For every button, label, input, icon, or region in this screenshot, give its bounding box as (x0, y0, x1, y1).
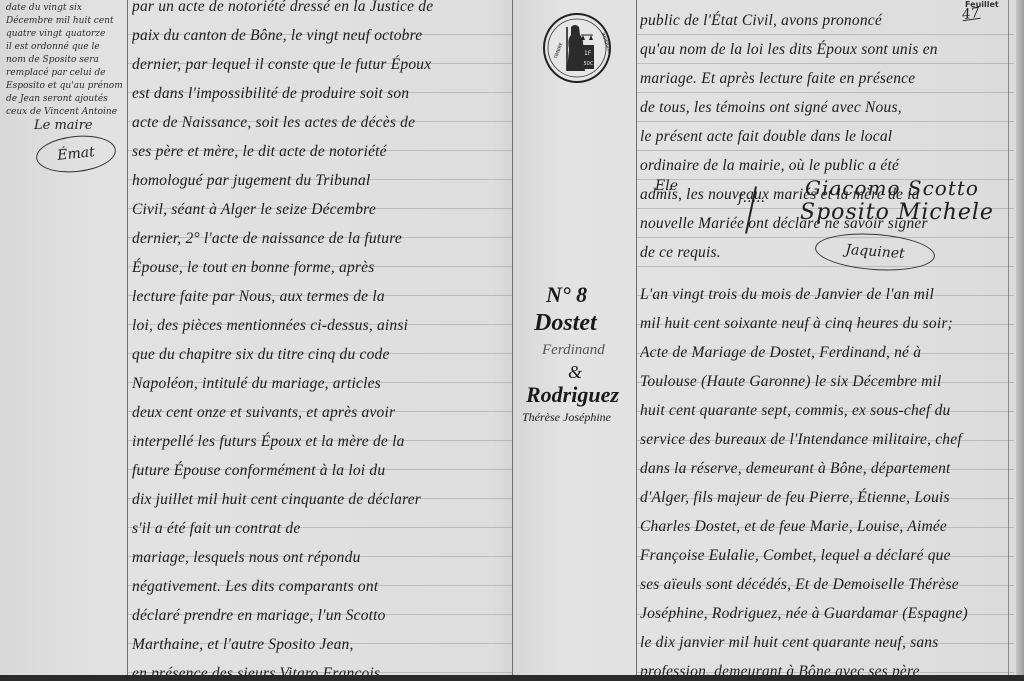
text-line: service des bureaux de l'Intendance mili… (640, 425, 1010, 454)
text-line: Charles Dostet, et de feue Marie, Louise… (640, 512, 1010, 541)
text-line: future Épouse conformément à la loi du (132, 456, 507, 485)
text-line: Joséphine, Rodriguez, née à Guardamar (E… (640, 599, 1010, 628)
bride-given-names: Thérèse Joséphine (522, 410, 611, 425)
text-line: loi, des pièces mentionnées ci-dessus, a… (132, 311, 507, 340)
justice-figure-stamp-icon: 1F 50C TIMBRE IMPÉRIAL (545, 15, 609, 81)
text-line: Toulouse (Haute Garonne) le six Décembre… (640, 367, 1010, 396)
text-line: lecture faite par Nous, aux termes de la (132, 282, 507, 311)
register-scan: date du vingt six Décembre mil huit cent… (0, 0, 1024, 681)
bride-surname: Rodriguez (526, 382, 619, 408)
text-line: négativement. Les dits comparants ont (132, 572, 507, 601)
margin-line: remplacé par celui de (6, 67, 128, 80)
text-line: de tous, les témoins ont signé avec Nous… (640, 93, 1010, 122)
text-line: acte de Naissance, soit les actes de déc… (132, 108, 507, 137)
text-line: mil huit cent soixante neuf à cinq heure… (640, 309, 1010, 338)
text-line: mariage, lesquels nous ont répondu (132, 543, 507, 572)
text-line: par un acte de notoriété dressé en la Ju… (132, 0, 507, 21)
signature-mark: f..... (738, 190, 765, 206)
imperial-stamp: 1F 50C TIMBRE IMPÉRIAL (543, 13, 611, 83)
signature-witness-1: Giacomo Scotto (805, 176, 979, 200)
left-page-right-rule (512, 0, 513, 681)
groom-given-name: Ferdinand (542, 342, 605, 359)
mayor-label: Le maire (34, 118, 93, 133)
text-line: dix juillet mil huit cent cinquante de d… (132, 485, 507, 514)
text-line: public de l'État Civil, avons prononcé (640, 6, 1010, 35)
text-line: le présent acte fait double dans le loca… (640, 122, 1010, 151)
text-line: homologué par jugement du Tribunal (132, 166, 507, 195)
svg-text:1F: 1F (584, 50, 592, 57)
right-page-top-text: public de l'État Civil, avons prononcé q… (640, 6, 1010, 267)
margin-line: quatre vingt quatorze (6, 28, 128, 41)
conjunction: & (568, 362, 582, 383)
scan-bottom-border (0, 675, 1024, 681)
text-line: le dix janvier mil huit cent quarante ne… (640, 628, 1010, 657)
signature-ele: Ele (655, 178, 678, 194)
text-line: que du chapitre six du titre cinq du cod… (132, 340, 507, 369)
text-line: deux cent onze et suivants, et après avo… (132, 398, 507, 427)
text-line: est dans l'impossibilité de produire soi… (132, 79, 507, 108)
act-number: N° 8 (546, 282, 587, 308)
margin-line: Décembre mil huit cent (6, 15, 128, 28)
svg-text:IMPÉRIAL: IMPÉRIAL (599, 31, 609, 54)
text-line: Civil, séant à Alger le seize Décembre (132, 195, 507, 224)
signature-witness-2: Sposito Michele (800, 200, 994, 225)
mayor-signature: Émat (34, 132, 117, 176)
margin-line: il est ordonné que le (6, 41, 128, 54)
margin-line: Esposito et qu'au prénom (6, 80, 128, 93)
text-line: Marthaine, et l'autre Sposito Jean, (132, 630, 507, 659)
text-line: dans la réserve, demeurant à Bône, dépar… (640, 454, 1010, 483)
text-line: Épouse, le tout en bonne forme, après (132, 253, 507, 282)
text-line: qu'au nom de la loi les dits Époux sont … (640, 35, 1010, 64)
text-line: d'Alger, fils majeur de feu Pierre, Étie… (640, 483, 1010, 512)
text-line: L'an vingt trois du mois de Janvier de l… (640, 280, 1010, 309)
text-line: ses père et mère, le dit acte de notorié… (132, 137, 507, 166)
text-line: dernier, par lequel il conste que le fut… (132, 50, 507, 79)
text-line: dernier, 2° l'acte de naissance de la fu… (132, 224, 507, 253)
margin-line: nom de Sposito sera (6, 54, 128, 67)
svg-text:50C: 50C (584, 61, 594, 67)
text-line: déclaré prendre en mariage, l'un Scotto (132, 601, 507, 630)
text-line: huit cent quarante sept, commis, ex sous… (640, 396, 1010, 425)
text-line: Napoléon, intitulé du mariage, articles (132, 369, 507, 398)
left-page-text: par un acte de notoriété dressé en la Ju… (132, 0, 507, 681)
groom-surname: Dostet (534, 310, 597, 337)
text-line: Acte de Mariage de Dostet, Ferdinand, né… (640, 338, 1010, 367)
text-line: Françoise Eulalie, Combet, lequel a décl… (640, 541, 1010, 570)
right-page-left-rule (636, 0, 637, 681)
text-line: mariage. Et après lecture faite en prése… (640, 64, 1010, 93)
page-edge-shadow (1016, 0, 1024, 681)
text-line: s'il a été fait un contrat de (132, 514, 507, 543)
text-line: interpellé les futurs Époux et la mère d… (132, 427, 507, 456)
right-page-act-text: L'an vingt trois du mois de Janvier de l… (640, 280, 1010, 681)
margin-annotation: date du vingt six Décembre mil huit cent… (6, 2, 128, 119)
text-line: ses aïeuls sont décédés, Et de Demoisell… (640, 570, 1010, 599)
svg-text:TIMBRE: TIMBRE (553, 42, 565, 61)
margin-line: de Jean seront ajoutés (6, 93, 128, 106)
text-line: paix du canton de Bône, le vingt neuf oc… (132, 21, 507, 50)
margin-line: date du vingt six (6, 2, 128, 15)
